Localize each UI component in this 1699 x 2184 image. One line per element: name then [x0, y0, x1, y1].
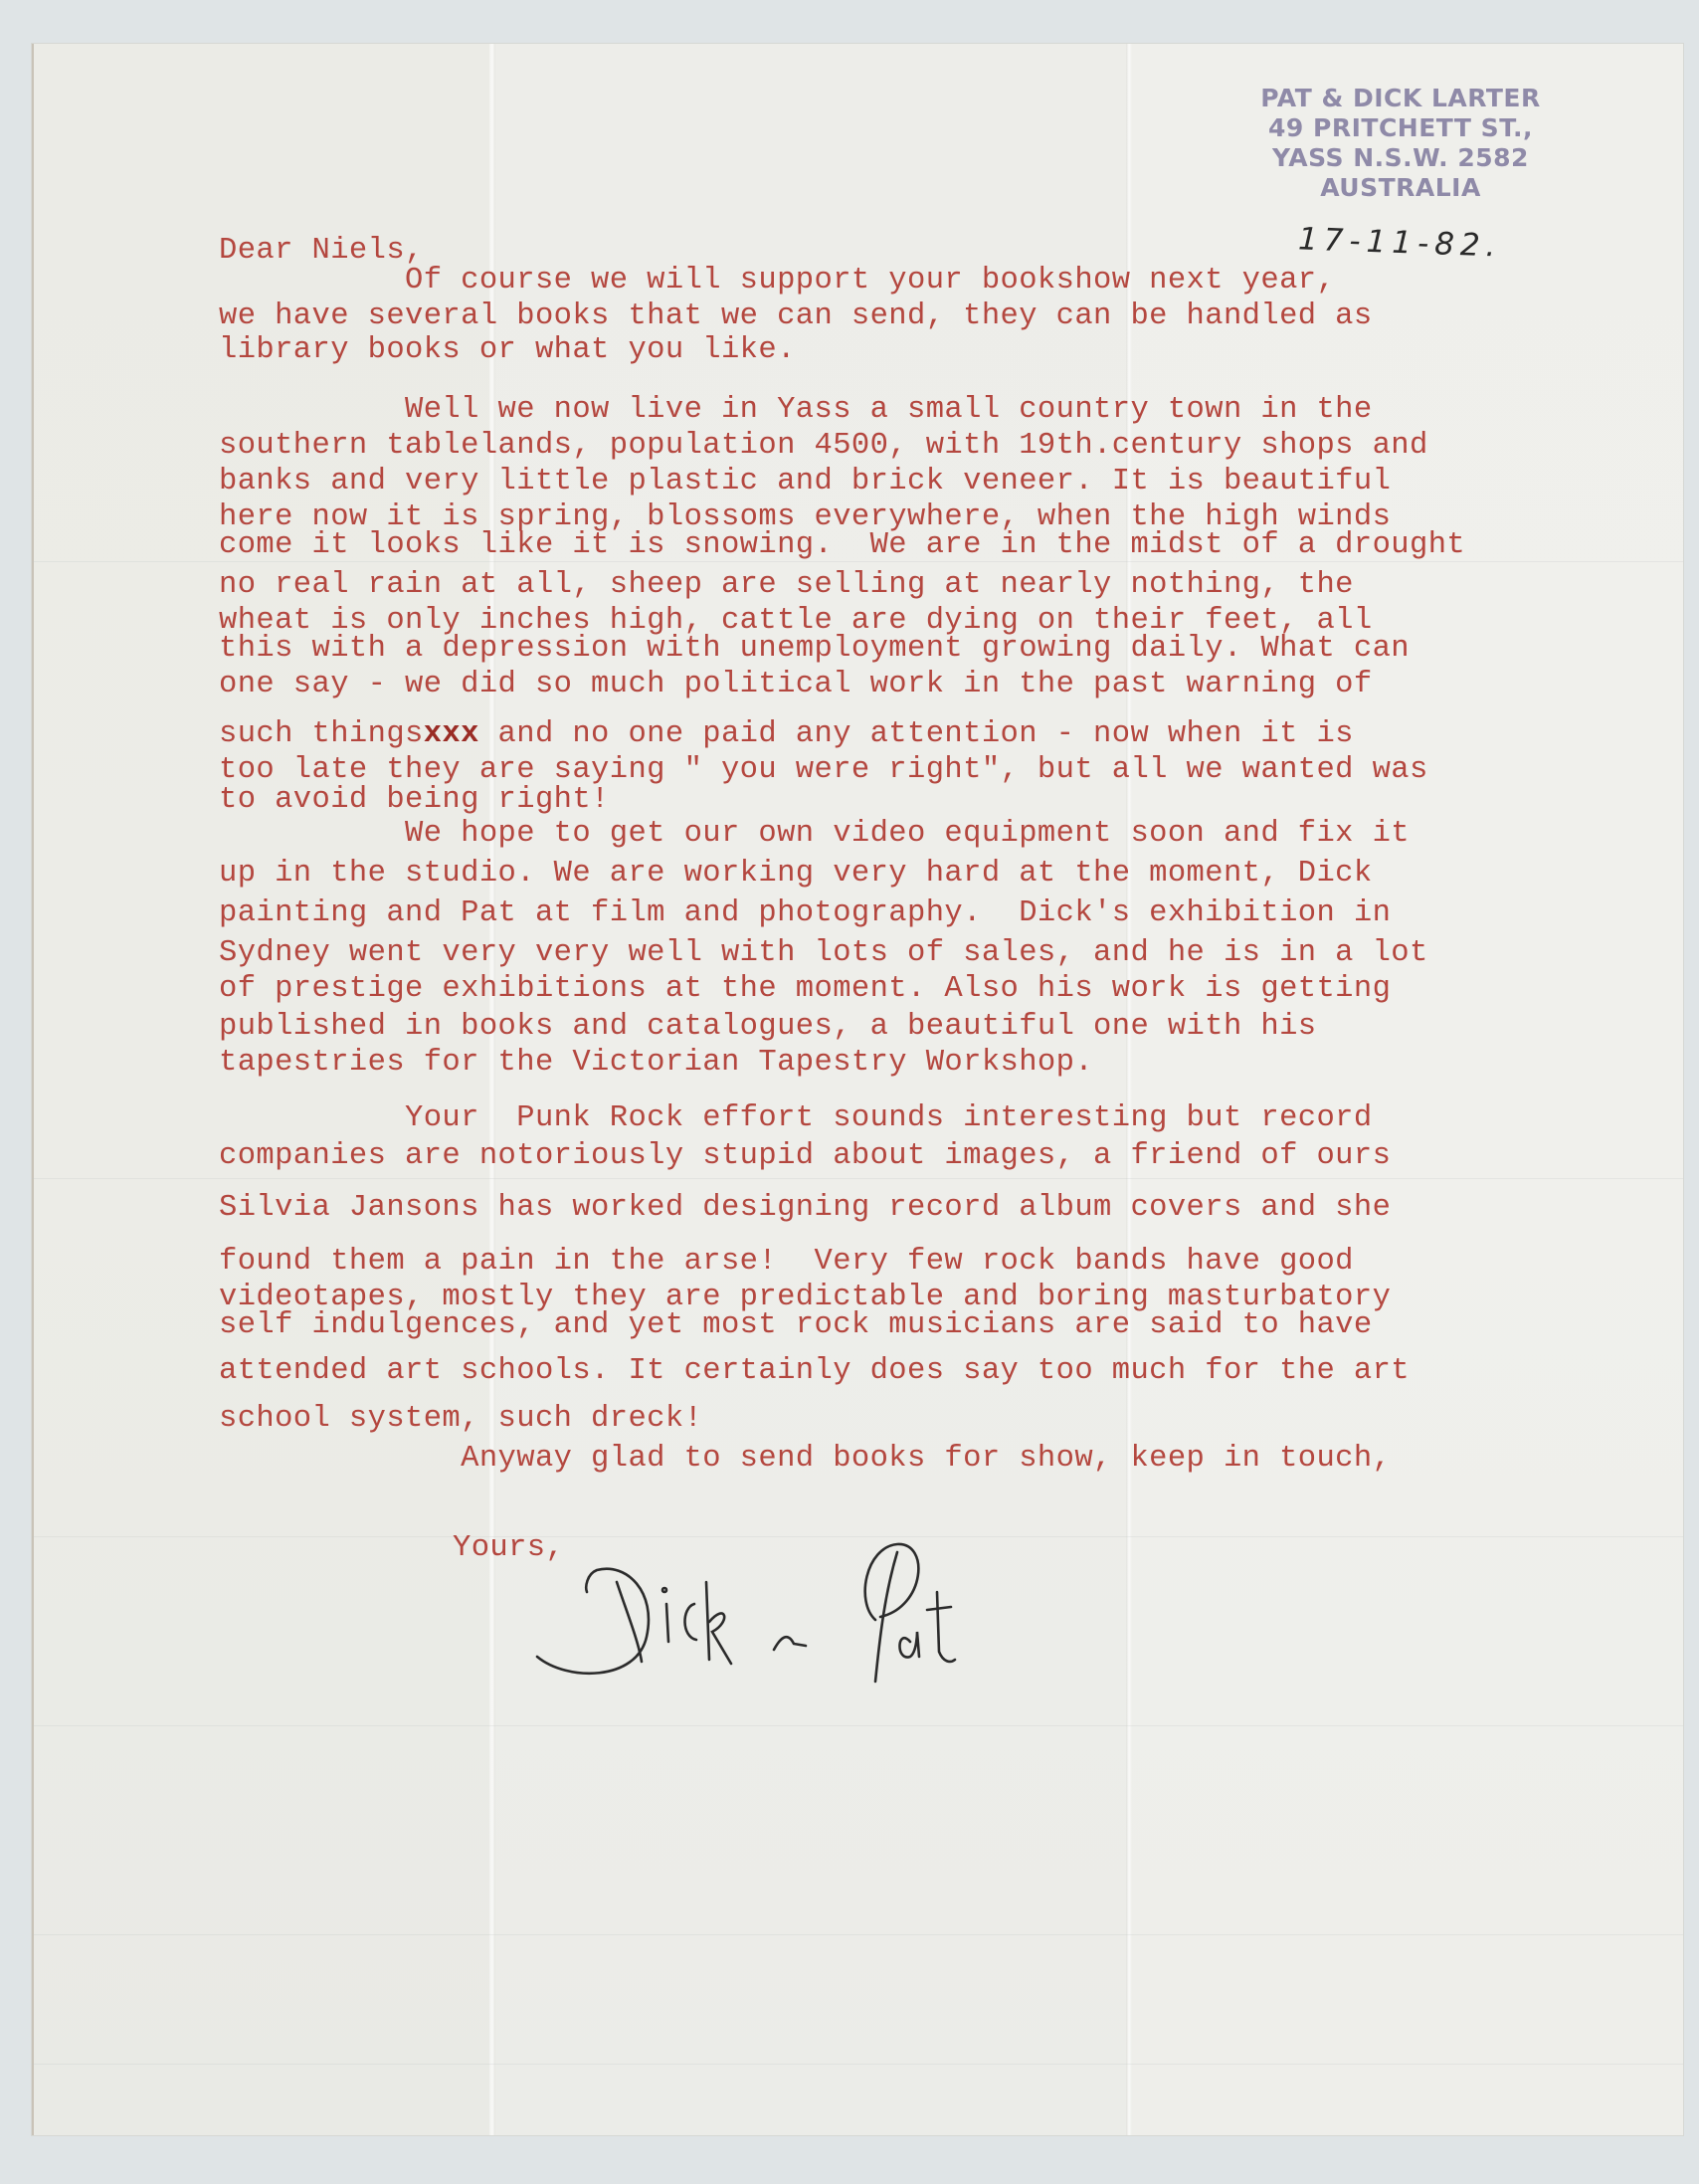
typed-line: painting and Pat at film and photography… — [219, 897, 1391, 929]
signature-icon — [527, 1532, 1084, 1691]
fold-panel-right — [1132, 44, 1683, 2135]
typed-line: Of course we will support your bookshow … — [219, 265, 1335, 297]
handwritten-signature: Dick & Pat — [527, 1532, 1084, 1691]
salutation: Dear Niels, — [219, 235, 424, 267]
fold-line — [1126, 44, 1132, 2135]
typed-line: no real rain at all, sheep are selling a… — [219, 569, 1354, 601]
letterhead-street: 49 PRITCHETT ST., — [1192, 113, 1609, 143]
letterhead-country: AUSTRALIA — [1192, 173, 1609, 203]
typed-line: southern tablelands, population 4500, wi… — [219, 430, 1428, 462]
typed-line: Sydney went very very well with lots of … — [219, 937, 1428, 969]
typed-line: Your Punk Rock effort sounds interesting… — [219, 1102, 1373, 1134]
typed-line: found them a pain in the arse! Very few … — [219, 1246, 1354, 1278]
paper-rule-line — [32, 2064, 1683, 2065]
strikeover-marks: xxx — [424, 717, 479, 751]
typed-line: to avoid being right! — [219, 784, 610, 816]
letterhead-name: PAT & DICK LARTER — [1192, 84, 1609, 113]
paper-rule-line — [32, 1725, 1683, 1726]
typed-line: one say - we did so much political work … — [219, 669, 1373, 700]
handwritten-date: 17-11-82. — [1297, 221, 1502, 264]
typed-line: too late they are saying " you were righ… — [219, 754, 1428, 786]
typed-line: companies are notoriously stupid about i… — [219, 1140, 1391, 1172]
paper-rule-line — [32, 1934, 1683, 1935]
letterhead-stamp: PAT & DICK LARTER 49 PRITCHETT ST., YASS… — [1192, 84, 1609, 203]
typed-line: self indulgences, and yet most rock musi… — [219, 1309, 1373, 1341]
typed-line: We hope to get our own video equipment s… — [219, 818, 1410, 850]
typed-line: Well we now live in Yass a small country… — [219, 394, 1373, 426]
typed-line: this with a depression with unemployment… — [219, 633, 1410, 665]
typed-line: up in the studio. We are working very ha… — [219, 858, 1373, 890]
typed-line: attended art schools. It certainly does … — [219, 1355, 1410, 1387]
typed-line: we have several books that we can send, … — [219, 300, 1373, 332]
typed-line: of prestige exhibitions at the moment. A… — [219, 973, 1391, 1005]
paper-rule-line — [32, 1178, 1683, 1179]
typed-line: Silvia Jansons has worked designing reco… — [219, 1192, 1391, 1224]
typed-line: library books or what you like. — [219, 334, 796, 366]
typed-line: tapestries for the Victorian Tapestry Wo… — [219, 1047, 1093, 1079]
typed-line: such thingsxxx and no one paid any atten… — [219, 718, 1354, 750]
typed-line: published in books and catalogues, a bea… — [219, 1011, 1316, 1043]
letterhead-town: YASS N.S.W. 2582 — [1192, 143, 1609, 173]
typed-line: come it looks like it is snowing. We are… — [219, 529, 1465, 561]
typed-line: banks and very little plastic and brick … — [219, 466, 1391, 497]
typed-line: school system, such dreck! — [219, 1403, 702, 1435]
typed-line: Anyway glad to send books for show, keep… — [219, 1443, 1391, 1475]
